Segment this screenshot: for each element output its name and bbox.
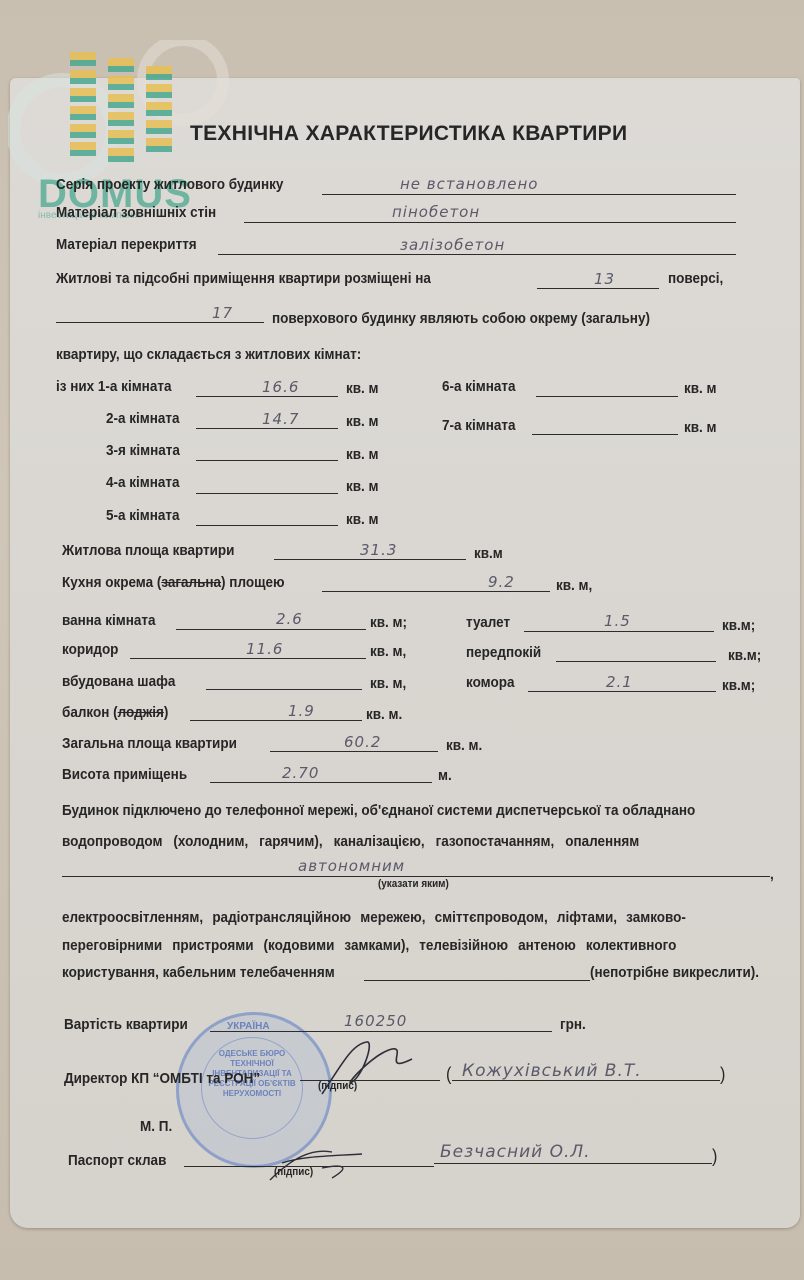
hallway-unit: кв.м; <box>728 647 761 664</box>
storage-unit: кв.м; <box>722 677 755 694</box>
room-6-field[interactable] <box>536 396 678 397</box>
director-sign-hint: (підпис) <box>318 1080 357 1092</box>
balcony-field[interactable] <box>190 720 362 721</box>
utilities-line-1: Будинок підключено до телефонної мережі,… <box>62 802 695 819</box>
total-area-label: Загальна площа квартири <box>62 735 237 752</box>
wall-material-value: пінобетон <box>392 203 480 221</box>
wall-material-field[interactable] <box>244 222 736 223</box>
balcony-value: 1.9 <box>288 702 315 720</box>
utilities-line-2: водопроводом (холодним, гарячим), каналі… <box>62 833 639 850</box>
series-label: Серія проекту житлового будинку <box>56 176 283 193</box>
rooms-intro: квартиру, що складається з житлових кімн… <box>56 346 361 363</box>
bathroom-value: 2.6 <box>276 610 303 628</box>
room-2-label: 2-а кімната <box>106 410 180 427</box>
kitchen-unit: кв. м, <box>556 577 592 594</box>
director-name: Кожухівський В.Т. <box>462 1061 642 1081</box>
heating-hint: (указати яким) <box>378 878 449 890</box>
kitchen-label: Кухня окрема (загальна) площею <box>62 574 285 591</box>
room-1-label: із них 1-а кімната <box>56 378 171 395</box>
closet-field[interactable] <box>206 689 362 690</box>
utilities-note: (непотрібне викреслити). <box>590 964 759 981</box>
hallway-field[interactable] <box>556 661 716 662</box>
building-floors-value: 17 <box>212 304 233 322</box>
room-2-unit: кв. м <box>346 413 379 430</box>
room-3-field[interactable] <box>196 460 338 461</box>
passport-signature-icon <box>262 1138 372 1188</box>
series-value: не встановлено <box>400 175 538 193</box>
room-1-field[interactable] <box>196 396 338 397</box>
room-6-label: 6-а кімната <box>442 378 516 395</box>
floor-number-value: 13 <box>594 270 615 288</box>
comma: , <box>770 866 774 883</box>
closet-label: вбудована шафа <box>62 673 175 690</box>
toilet-field[interactable] <box>524 631 714 632</box>
bathroom-field[interactable] <box>176 629 366 630</box>
room-5-label: 5-а кімната <box>106 507 180 524</box>
heating-value: автономним <box>298 857 405 875</box>
living-area-value: 31.3 <box>360 541 397 559</box>
passport-name-field <box>434 1163 712 1164</box>
balcony-label: балкон (лоджія) <box>62 704 168 721</box>
stamp-label: М. П. <box>140 1118 172 1135</box>
room-7-label: 7-а кімната <box>442 417 516 434</box>
bathroom-unit: кв. м; <box>370 614 407 631</box>
storage-value: 2.1 <box>606 673 633 691</box>
toilet-label: туалет <box>466 614 510 631</box>
living-area-unit: кв.м <box>474 545 503 562</box>
living-area-field[interactable] <box>274 559 466 560</box>
utilities-line-5: користування, кабельним телебаченням <box>62 964 335 981</box>
cable-tv-field[interactable] <box>364 980 590 981</box>
room-3-unit: кв. м <box>346 446 379 463</box>
toilet-unit: кв.м; <box>722 617 755 634</box>
utilities-line-4: переговірними пристроями (кодовими замка… <box>62 937 676 954</box>
building-floors-field[interactable] <box>56 322 264 323</box>
wall-material-label: Матеріал зовнішніх стін <box>56 204 216 221</box>
room-3-label: 3-я кімната <box>106 442 180 459</box>
total-area-field[interactable] <box>270 751 438 752</box>
hallway-label: передпокій <box>466 644 541 661</box>
height-field[interactable] <box>210 782 432 783</box>
kitchen-value: 9.2 <box>488 573 515 591</box>
room-5-unit: кв. м <box>346 511 379 528</box>
kitchen-field[interactable] <box>322 591 550 592</box>
director-signature-icon <box>312 1034 422 1104</box>
floor-material-label: Матеріал перекриття <box>56 236 197 253</box>
balcony-unit: кв. м. <box>366 706 402 723</box>
height-value: 2.70 <box>282 764 319 782</box>
room-2-field[interactable] <box>196 428 338 429</box>
room-1-value: 16.6 <box>262 378 299 396</box>
cost-unit: грн. <box>560 1016 586 1033</box>
total-area-unit: кв. м. <box>446 737 482 754</box>
director-label: Директор КП “ОМБТІ та РОН” <box>64 1070 260 1087</box>
building-suffix: поверхового будинку являють собою окрему… <box>272 310 650 327</box>
room-7-field[interactable] <box>532 434 678 435</box>
toilet-value: 1.5 <box>604 612 631 630</box>
passport-name: Безчасний О.Л. <box>440 1142 591 1162</box>
cost-field[interactable] <box>210 1031 552 1032</box>
passport-label: Паспорт склав <box>68 1152 166 1169</box>
room-1-unit: кв. м <box>346 380 379 397</box>
bracket-close: ) <box>720 1064 725 1085</box>
room-4-unit: кв. м <box>346 478 379 495</box>
storage-field[interactable] <box>528 691 716 692</box>
cost-value: 160250 <box>344 1012 407 1030</box>
corridor-unit: кв. м, <box>370 643 406 660</box>
corridor-label: коридор <box>62 641 118 658</box>
storage-label: комора <box>466 674 514 691</box>
room-2-value: 14.7 <box>262 410 299 428</box>
total-area-value: 60.2 <box>344 733 381 751</box>
room-4-field[interactable] <box>196 493 338 494</box>
closet-unit: кв. м, <box>370 675 406 692</box>
location-label: Житлові та підсобні приміщення квартири … <box>56 270 431 287</box>
room-7-unit: кв. м <box>684 419 717 436</box>
height-label: Висота приміщень <box>62 766 187 783</box>
room-5-field[interactable] <box>196 525 338 526</box>
document-title: ТЕХНІЧНА ХАРАКТЕРИСТИКА КВАРТИРИ <box>190 122 627 146</box>
room-6-unit: кв. м <box>684 380 717 397</box>
bracket-open: ( <box>446 1064 451 1085</box>
floor-material-value: залізобетон <box>400 236 505 254</box>
corridor-value: 11.6 <box>246 640 283 658</box>
utilities-line-3: електроосвітленням, радіотрансляційною м… <box>62 909 686 926</box>
floor-suffix: поверсі, <box>668 270 723 287</box>
corridor-field[interactable] <box>130 658 366 659</box>
passport-sign-hint: (підпис) <box>274 1166 313 1178</box>
floor-material-field[interactable] <box>218 254 736 255</box>
bracket-close-2: ) <box>712 1146 717 1167</box>
bathroom-label: ванна кімната <box>62 612 155 629</box>
height-unit: м. <box>438 767 452 784</box>
series-field[interactable] <box>322 194 736 195</box>
living-area-label: Житлова площа квартири <box>62 542 234 559</box>
heating-field[interactable] <box>62 876 770 877</box>
floor-number-field[interactable] <box>537 288 659 289</box>
room-4-label: 4-а кімната <box>106 474 180 491</box>
cost-label: Вартість квартири <box>64 1016 188 1033</box>
